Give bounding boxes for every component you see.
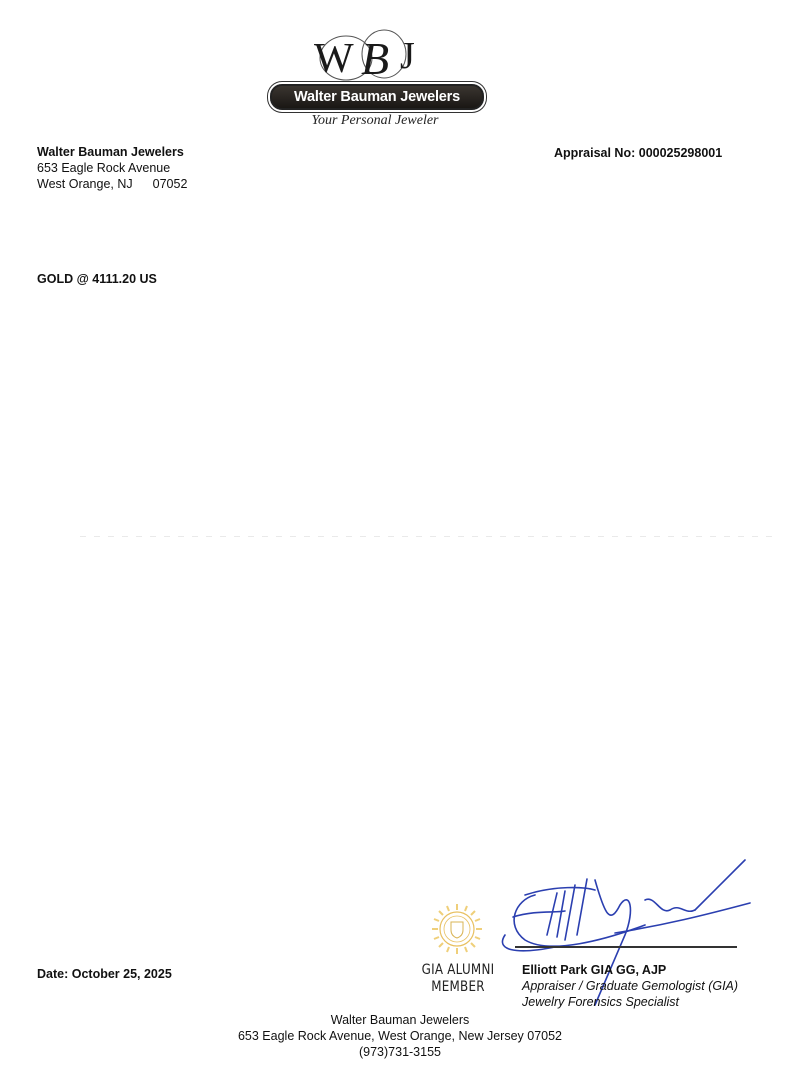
svg-text:W: W bbox=[314, 36, 354, 82]
wbj-monogram-icon: W B J bbox=[266, 24, 496, 86]
footer-address: Walter Bauman Jewelers 653 Eagle Rock Av… bbox=[0, 1012, 800, 1060]
signer-specialty: Jewelry Forensics Specialist bbox=[522, 994, 738, 1010]
footer-street: 653 Eagle Rock Avenue, West Orange, New … bbox=[0, 1028, 800, 1044]
footer-phone: (973)731-3155 bbox=[0, 1044, 800, 1060]
svg-text:B: B bbox=[361, 33, 389, 84]
signer-title: Appraiser / Graduate Gemologist (GIA) bbox=[522, 978, 738, 994]
signer-name: Elliott Park GIA GG, AJP bbox=[522, 962, 738, 978]
sender-city-state: West Orange, NJ bbox=[37, 177, 133, 191]
signer-block: Elliott Park GIA GG, AJP Appraiser / Gra… bbox=[522, 962, 738, 1010]
gia-line1: GIA ALUMNI bbox=[421, 962, 496, 979]
appraisal-date: Date: October 25, 2025 bbox=[37, 967, 172, 981]
logo-banner: Walter Bauman Jewelers bbox=[270, 84, 484, 110]
signature-line bbox=[515, 946, 737, 948]
appraisal-number: Appraisal No: 000025298001 bbox=[554, 146, 722, 160]
sender-street: 653 Eagle Rock Avenue bbox=[37, 160, 187, 176]
appraisal-value: 000025298001 bbox=[639, 146, 722, 160]
sender-address: Walter Bauman Jewelers 653 Eagle Rock Av… bbox=[37, 144, 187, 192]
footer-name: Walter Bauman Jewelers bbox=[0, 1012, 800, 1028]
gia-line2: MEMBER bbox=[421, 979, 496, 996]
gold-price: GOLD @ 4111.20 US bbox=[37, 272, 157, 286]
gia-seal-icon bbox=[430, 902, 484, 956]
sender-city-line: West Orange, NJ07052 bbox=[37, 176, 187, 192]
logo-tagline: Your Personal Jeweler bbox=[266, 113, 484, 129]
scan-artifact-line bbox=[80, 536, 780, 537]
sender-zip: 07052 bbox=[153, 177, 188, 191]
company-logo: W B J Walter Bauman Jewelers Your Person… bbox=[266, 24, 496, 136]
svg-text:J: J bbox=[400, 35, 415, 77]
appraisal-label: Appraisal No: bbox=[554, 146, 635, 160]
sender-name: Walter Bauman Jewelers bbox=[37, 144, 187, 160]
gia-alumni-member: GIA ALUMNI MEMBER bbox=[421, 962, 496, 996]
